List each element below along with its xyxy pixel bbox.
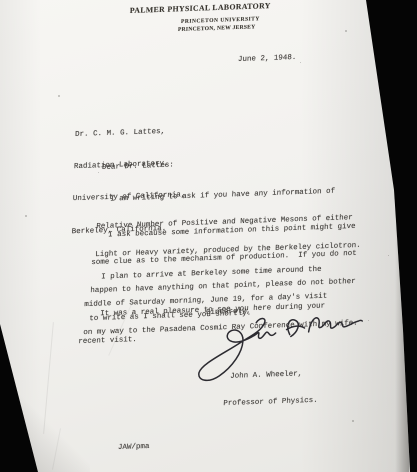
date-line: June 2, 1948. bbox=[238, 54, 297, 65]
recipient-name: Dr. C. M. G. Lattes, bbox=[75, 126, 188, 141]
paper-edge-shadow-right bbox=[395, 0, 409, 472]
typist-initials: JAW/pma bbox=[118, 443, 150, 453]
scan-speck bbox=[300, 62, 301, 63]
scan-speck bbox=[368, 320, 369, 321]
paragraph-line: I ask because some information on this p… bbox=[92, 222, 358, 241]
scan-speck bbox=[25, 215, 27, 217]
signature-stroke bbox=[286, 319, 305, 336]
scanned-letter: PALMER PHYSICAL LABORATORY PRINCETON UNI… bbox=[0, 0, 417, 472]
letter-paper: PALMER PHYSICAL LABORATORY PRINCETON UNI… bbox=[0, 0, 417, 472]
paragraph-line: I am writing to ask if you have any info… bbox=[97, 186, 363, 205]
typed-name: John A. Wheeler, bbox=[224, 369, 319, 382]
typed-title: Professor of Physics. bbox=[223, 397, 318, 410]
typed-signature-block: John A. Wheeler, Professor of Physics. bbox=[222, 351, 319, 428]
scan-speck bbox=[352, 420, 354, 422]
letterhead-location: PRINCETON, NEW JERSEY bbox=[178, 24, 256, 33]
signature-stroke bbox=[308, 316, 362, 332]
letterhead-institution: PALMER PHYSICAL LABORATORY bbox=[130, 1, 271, 15]
paragraph-line: I plan to arrive at Berkeley some time a… bbox=[85, 264, 360, 283]
scan-speck bbox=[58, 95, 60, 97]
paper-edge-shadow-bottom-left bbox=[0, 302, 90, 472]
scan-speck bbox=[388, 255, 389, 256]
scan-speck bbox=[345, 30, 347, 32]
